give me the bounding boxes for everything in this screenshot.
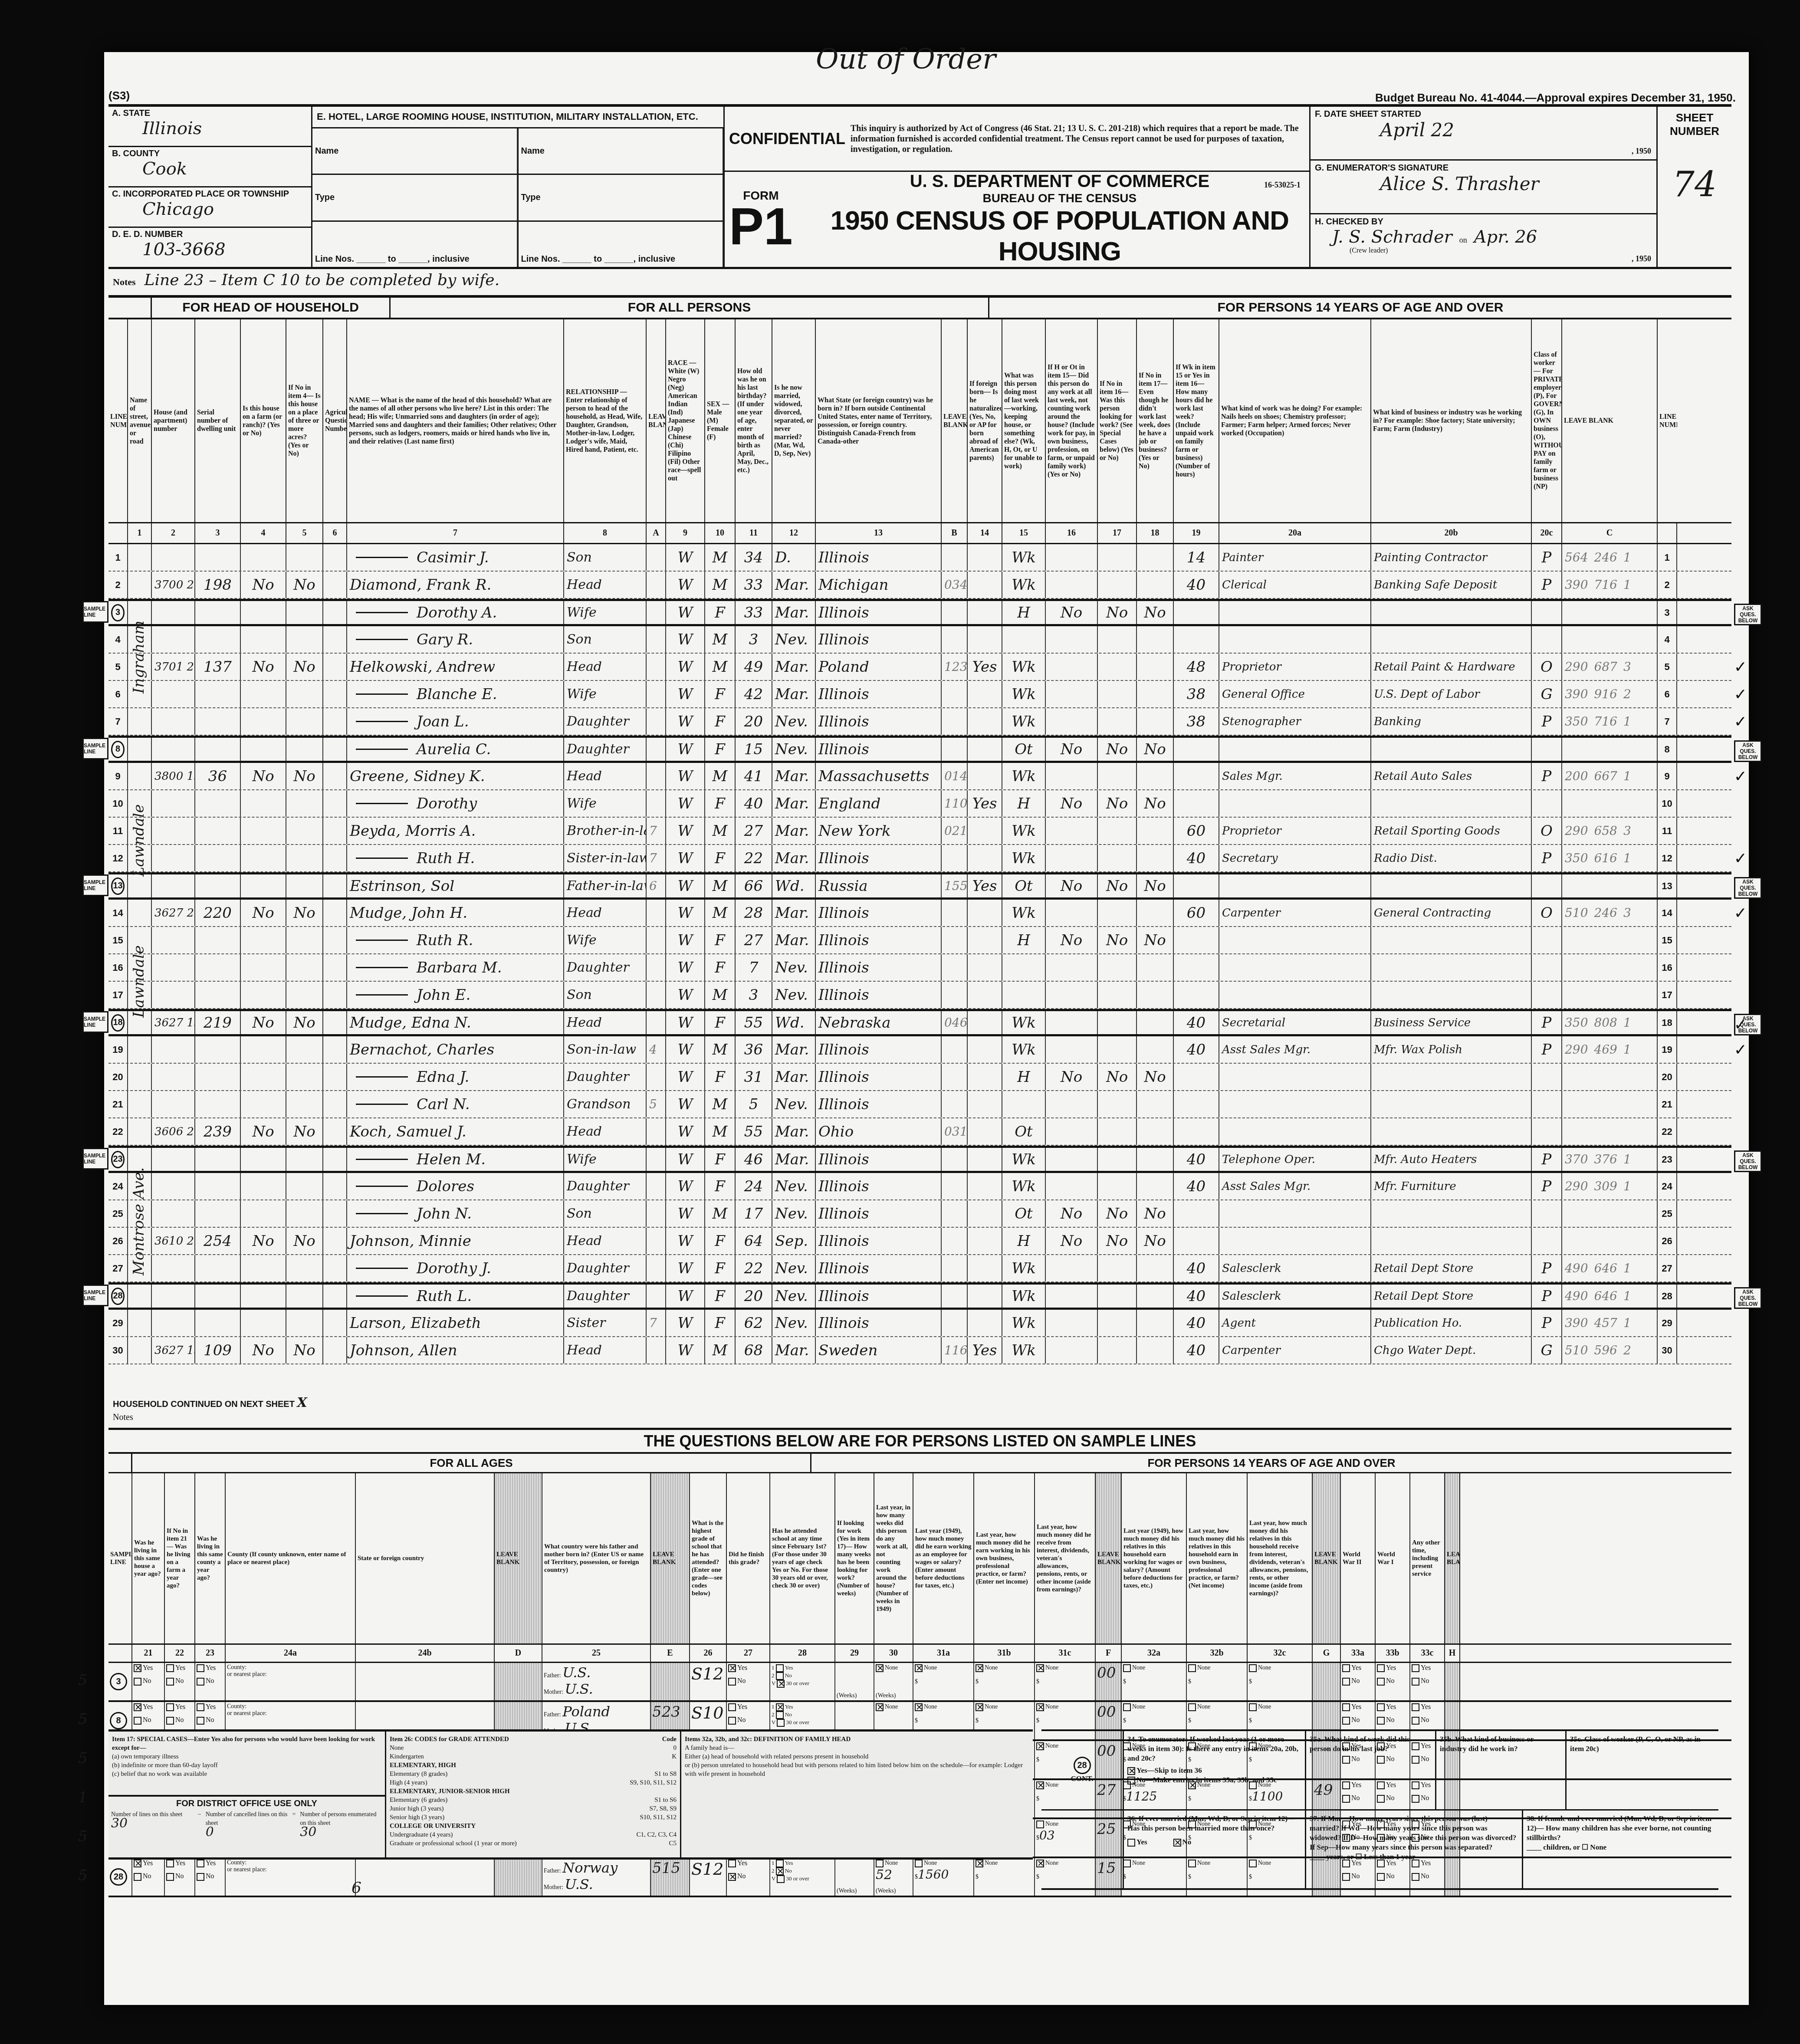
- line-number: 4: [1658, 626, 1677, 653]
- age-cell: 62: [736, 1310, 772, 1336]
- income-none-checkbox[interactable]: ✕: [976, 1703, 983, 1711]
- age-cell: 28: [736, 900, 772, 926]
- leave-b-cell: [942, 681, 968, 707]
- anywork-cell: [1046, 763, 1098, 789]
- column-number: 33a: [1341, 1645, 1376, 1662]
- person-name: Mudge, Edna N.: [347, 1011, 564, 1034]
- anywork-cell: No: [1046, 738, 1098, 761]
- leave-blank-c: [1562, 738, 1658, 761]
- q23-yes-checkbox[interactable]: [197, 1860, 204, 1867]
- house-cell: [152, 927, 195, 953]
- confidential-label: CONFIDENTIAL: [729, 130, 845, 148]
- house-cell: [152, 626, 195, 653]
- q21-yes-checkbox[interactable]: ✕: [134, 1860, 141, 1867]
- hasjob-cell: No: [1137, 1228, 1174, 1254]
- attended-no-checkbox[interactable]: [776, 1711, 784, 1719]
- attended-no-checkbox[interactable]: ✕: [776, 1867, 784, 1875]
- house-cell: [152, 1200, 195, 1227]
- q23-no-checkbox[interactable]: [197, 1717, 204, 1725]
- attended-yes-checkbox[interactable]: [776, 1664, 784, 1672]
- industry-cell: Retail Dept Store: [1371, 1255, 1532, 1282]
- same-surname-dash: [356, 940, 408, 941]
- same-surname-dash: [356, 1104, 408, 1105]
- cell-q28: 1 Yes2 ✕NoV 30 or over: [770, 1858, 835, 1896]
- q23-no-checkbox[interactable]: [197, 1873, 204, 1881]
- serial-cell: [195, 818, 241, 844]
- acres-cell: [286, 1255, 323, 1282]
- line-number: 24: [1658, 1173, 1677, 1199]
- q33c-no-checkbox[interactable]: [1412, 1717, 1419, 1725]
- sample-line-number: 3: [111, 604, 125, 621]
- race-cell: W: [666, 572, 705, 598]
- line-number: 26: [108, 1228, 128, 1254]
- marital-cell: Mar.: [772, 790, 816, 817]
- industry-cell: Chgo Water Dept.: [1371, 1337, 1532, 1364]
- attended-30-or-over-checkbox[interactable]: ✕: [777, 1680, 785, 1688]
- column-number: 11: [736, 523, 772, 543]
- cell-q32c: None$: [1248, 1663, 1313, 1700]
- industry-cell: Mfr. Wax Polish: [1371, 1036, 1532, 1063]
- sample-line-tag: SAMPLE LINE: [82, 1011, 108, 1033]
- leave-a-cell: [647, 1337, 666, 1364]
- q36-no-checkbox[interactable]: ✕: [1173, 1839, 1181, 1847]
- farm-cell: [241, 1310, 286, 1336]
- line-number: 25: [108, 1200, 128, 1227]
- acres-cell: No: [286, 654, 323, 680]
- sample-line-number: 13: [111, 877, 125, 895]
- leave-a-cell: [647, 927, 666, 953]
- family-head-definition: Items 32a, 32b, and 32c: DEFINITION OF F…: [681, 1732, 1033, 1857]
- industry-cell: Retail Sporting Goods: [1371, 818, 1532, 844]
- q33c-no-checkbox[interactable]: [1412, 1678, 1419, 1686]
- leave-b-cell: [942, 1200, 968, 1227]
- hours-cell: 14: [1174, 544, 1219, 571]
- acres-cell: [286, 1036, 323, 1063]
- q33b-no-checkbox[interactable]: [1377, 1678, 1385, 1686]
- anywork-cell: [1046, 1148, 1098, 1171]
- hours-cell: 38: [1174, 708, 1219, 735]
- income-none-checkbox[interactable]: ✕: [976, 1664, 983, 1672]
- income-none-checkbox[interactable]: [1188, 1703, 1196, 1711]
- occupation-cell: [1219, 1064, 1371, 1090]
- income-none-checkbox[interactable]: ✕: [1036, 1703, 1044, 1711]
- line-number: 17: [1658, 982, 1677, 1008]
- occupation-cell: Telephone Oper.: [1219, 1148, 1371, 1171]
- looking-cell: [1098, 982, 1137, 1008]
- hasjob-cell: [1137, 544, 1174, 571]
- line-number: 7: [1658, 708, 1677, 735]
- person-name: Johnson, Allen: [347, 1337, 564, 1364]
- leave-blank-c: [1562, 1064, 1658, 1090]
- birthplace-cell: England: [816, 790, 942, 817]
- age-cell: 22: [736, 845, 772, 871]
- checked-by-field: h. CHECKED BY J. S. Schrader on Apr. 26 …: [1311, 214, 1656, 267]
- sample-banner: THE QUESTIONS BELOW ARE FOR PERSONS LIST…: [108, 1430, 1731, 1454]
- q33c-yes-checkbox[interactable]: [1412, 1664, 1419, 1672]
- income-none-checkbox[interactable]: ✕: [915, 1703, 923, 1711]
- hasjob-cell: [1137, 708, 1174, 735]
- class-cell: [1532, 790, 1562, 817]
- header-leaveG: LEAVE BLANK: [1313, 1473, 1341, 1643]
- same-surname-dash: [356, 803, 408, 804]
- agri-cell: [323, 763, 347, 789]
- line-number: 1: [108, 544, 128, 571]
- column-number: 13: [816, 523, 942, 543]
- q34-yes-checkbox[interactable]: ✕: [1127, 1767, 1135, 1775]
- leave-a-cell: [647, 1148, 666, 1171]
- checked-by-value: J. S. Schrader: [1332, 227, 1452, 247]
- margin-mark: 5: [78, 1867, 88, 1884]
- leave-blank-c: [1562, 874, 1658, 897]
- q22-yes-checkbox[interactable]: [166, 1703, 174, 1711]
- nat-cell: [968, 708, 1002, 735]
- column-number: 30: [874, 1645, 913, 1662]
- attended-30-or-over-checkbox[interactable]: [777, 1719, 785, 1727]
- header-notes-value: Line 23 – Item C 10 to be completed by w…: [145, 271, 500, 289]
- q21-yes-checkbox[interactable]: ✕: [134, 1703, 141, 1711]
- hours-cell: [1174, 1200, 1219, 1227]
- activity-cell: H: [1002, 1228, 1046, 1254]
- nat-cell: Yes: [968, 654, 1002, 680]
- age-cell: 15: [736, 738, 772, 761]
- hasjob-cell: [1137, 1255, 1174, 1282]
- department: U. S. DEPARTMENT OF COMMERCE: [815, 172, 1305, 191]
- leave-a-cell: 7: [647, 818, 666, 844]
- agri-cell: [323, 845, 347, 871]
- q22-no-checkbox[interactable]: [166, 1873, 174, 1881]
- check-mark-icon: ✓: [1734, 658, 1747, 676]
- nat-cell: Yes: [968, 790, 1002, 817]
- sheet-number: 74: [1662, 164, 1727, 204]
- nat-cell: [968, 1200, 1002, 1227]
- sample-line-tag: SAMPLE LINE: [82, 601, 108, 623]
- rel-cell: Sister-in-law: [564, 845, 647, 871]
- same-surname-dash: [356, 721, 408, 722]
- age-cell: 22: [736, 1255, 772, 1282]
- sex-cell: F: [705, 845, 736, 871]
- finish-yes-checkbox[interactable]: [728, 1860, 736, 1867]
- sex-cell: M: [705, 1337, 736, 1364]
- age-cell: 24: [736, 1173, 772, 1199]
- farm-cell: No: [241, 1011, 286, 1034]
- anywork-cell: [1046, 654, 1098, 680]
- header-q27: Did he finish this grade?: [727, 1473, 770, 1643]
- looking-cell: [1098, 1310, 1137, 1336]
- header-q24a: County (If county unknown, enter name of…: [226, 1473, 356, 1643]
- table-row: 3Dorothy A.WifeWF33Mar.IllinoisHNoNoNo3S…: [108, 599, 1731, 626]
- q33b-yes-checkbox[interactable]: [1377, 1664, 1385, 1672]
- birthplace-cell: Sweden: [816, 1337, 942, 1364]
- leave-a-cell: [647, 763, 666, 789]
- check-mark-icon: ✓: [1734, 1015, 1747, 1034]
- finish-yes-checkbox[interactable]: [728, 1703, 736, 1711]
- column-number: 31b: [974, 1645, 1035, 1662]
- income-none-checkbox[interactable]: [1123, 1703, 1131, 1711]
- occupation-cell: Agent: [1219, 1310, 1371, 1336]
- sex-cell: F: [705, 1228, 736, 1254]
- sample-row: 3✕YesNoYesNoYesNoCounty:or nearest place…: [108, 1663, 1731, 1702]
- leave-b-cell: 014: [942, 763, 968, 789]
- leave-b-cell: 021: [942, 818, 968, 844]
- income-none-checkbox[interactable]: ✕: [1036, 1664, 1044, 1672]
- class-cell: [1532, 1118, 1562, 1145]
- person-name: Helen M.: [347, 1148, 564, 1171]
- finish-yes-checkbox[interactable]: ✕: [728, 1664, 736, 1672]
- farm-cell: [241, 601, 286, 624]
- race-cell: W: [666, 1173, 705, 1199]
- form-title-block: CONFIDENTIAL This inquiry is authorized …: [725, 107, 1311, 267]
- q33a-no-checkbox[interactable]: [1342, 1678, 1350, 1686]
- person-name: Casimir J.: [347, 544, 564, 571]
- serial-cell: [195, 1255, 241, 1282]
- attended-30-or-over-checkbox[interactable]: [777, 1875, 785, 1883]
- cell-q31b: ✕None$: [974, 1663, 1035, 1700]
- table-row: 16Barbara M.DaughterWF7Nev.Illinois16: [108, 954, 1731, 982]
- line-number: 28: [1658, 1285, 1677, 1308]
- marital-cell: Mar.: [772, 1118, 816, 1145]
- birthplace-cell: Illinois: [816, 1091, 942, 1117]
- rel-cell: Daughter: [564, 708, 647, 735]
- weeks-none-checkbox[interactable]: ✕: [876, 1703, 884, 1711]
- income-none-checkbox[interactable]: ✕: [976, 1860, 983, 1867]
- cell-q24a: County:or nearest place:: [226, 1663, 356, 1700]
- column-number: G: [1313, 1645, 1341, 1662]
- header-q32c: Last year, how much money did his relati…: [1248, 1473, 1313, 1643]
- leave-a-cell: [647, 954, 666, 981]
- location-fields: a. STATEIllinois b. COUNTYCook c. INCORP…: [108, 107, 312, 267]
- cell-q25: Father: NorwayMother: U.S.: [542, 1858, 651, 1896]
- line-number: 18: [1658, 1011, 1677, 1034]
- q34-no-checkbox[interactable]: [1127, 1777, 1135, 1784]
- looking-cell: No: [1098, 601, 1137, 624]
- age-cell: 20: [736, 708, 772, 735]
- income-none-checkbox[interactable]: [1123, 1664, 1131, 1672]
- q22-no-checkbox[interactable]: [166, 1717, 174, 1725]
- weeks-none-checkbox[interactable]: [876, 1860, 884, 1867]
- class-cell: [1532, 1064, 1562, 1090]
- income-none-checkbox[interactable]: [915, 1860, 923, 1867]
- house-cell: 3627 1st Rear: [152, 1337, 195, 1364]
- nat-cell: Yes: [968, 874, 1002, 897]
- farm-cell: [241, 681, 286, 707]
- q23-yes-checkbox[interactable]: [197, 1703, 204, 1711]
- sample-line-number: 28: [111, 1288, 125, 1305]
- occupation-cell: Sales Mgr.: [1219, 763, 1371, 789]
- q36-yes-checkbox[interactable]: [1127, 1839, 1135, 1847]
- class-cell: [1532, 601, 1562, 624]
- occupation-cell: [1219, 1228, 1371, 1254]
- serial-cell: [195, 626, 241, 653]
- marital-cell: Nev.: [772, 954, 816, 981]
- q21-yes-checkbox[interactable]: ✕: [134, 1664, 141, 1672]
- hours-cell: 40: [1174, 1285, 1219, 1308]
- leave-b-cell: [942, 1285, 968, 1308]
- leave-a-cell: 6: [647, 874, 666, 897]
- occupation-cell: [1219, 954, 1371, 981]
- bottom-mark: 6: [351, 1879, 361, 1897]
- house-cell: [152, 982, 195, 1008]
- farm-cell: [241, 544, 286, 571]
- rel-cell: Head: [564, 654, 647, 680]
- income-none-checkbox[interactable]: ✕: [915, 1664, 923, 1672]
- leave-blank-c: [1562, 1091, 1658, 1117]
- hours-cell: 40: [1174, 1148, 1219, 1171]
- q33b-no-checkbox[interactable]: [1377, 1717, 1385, 1725]
- q21-no-checkbox[interactable]: [134, 1873, 141, 1881]
- cell-q31a: ✕None$: [913, 1663, 974, 1700]
- q21-no-checkbox[interactable]: [134, 1717, 141, 1725]
- q22-yes-checkbox[interactable]: [166, 1664, 174, 1672]
- serial-cell: [195, 544, 241, 571]
- acres-cell: [286, 1285, 323, 1308]
- hasjob-cell: [1137, 982, 1174, 1008]
- line-number: 5: [1658, 654, 1677, 680]
- income-none-checkbox[interactable]: [1249, 1703, 1257, 1711]
- serial-cell: [195, 1200, 241, 1227]
- acres-cell: [286, 708, 323, 735]
- activity-cell: Wk: [1002, 544, 1046, 571]
- serial-cell: [195, 1173, 241, 1199]
- cell-q23: YesNo: [195, 1858, 226, 1896]
- cell-leaveH: [1445, 1663, 1460, 1700]
- house-cell: [152, 1091, 195, 1117]
- rel-cell: Head: [564, 572, 647, 598]
- county-value: Cook: [142, 159, 308, 179]
- rel-cell: Grandson: [564, 1091, 647, 1117]
- leave-blank-c: [1562, 1200, 1658, 1227]
- anywork-cell: [1046, 1310, 1098, 1336]
- q23-no-checkbox[interactable]: [197, 1678, 204, 1686]
- person-name: Diamond, Frank R.: [347, 572, 564, 598]
- birthplace-cell: Ohio: [816, 1118, 942, 1145]
- street-name: Lawndale: [130, 915, 148, 1048]
- industry-cell: Banking: [1371, 708, 1532, 735]
- leave-b-cell: [942, 738, 968, 761]
- line-number: 23: [1658, 1148, 1677, 1171]
- q23-yes-checkbox[interactable]: [197, 1664, 204, 1672]
- serial-cell: [195, 927, 241, 953]
- class-cell: P: [1532, 1148, 1562, 1171]
- enumerator-fields: f. DATE SHEET STARTEDApril 22, 1950 g. E…: [1311, 107, 1658, 267]
- line-number: 7: [108, 708, 128, 735]
- column-number: 31c: [1035, 1645, 1096, 1662]
- column-number: 17: [1098, 523, 1137, 543]
- column-number: 20b: [1371, 523, 1532, 543]
- activity-cell: Wk: [1002, 1337, 1046, 1364]
- group-all-persons: FOR ALL PERSONS: [391, 298, 989, 318]
- agri-cell: [323, 874, 347, 897]
- leave-b-cell: 031: [942, 1118, 968, 1145]
- q21-no-checkbox[interactable]: [134, 1678, 141, 1686]
- hours-cell: [1174, 954, 1219, 981]
- looking-cell: No: [1098, 1200, 1137, 1227]
- line-number: 29: [108, 1310, 128, 1336]
- house-cell: [152, 845, 195, 871]
- looking-cell: No: [1098, 1064, 1137, 1090]
- line-number: 25: [1658, 1200, 1677, 1227]
- sex-cell: M: [705, 982, 736, 1008]
- finish-no-checkbox[interactable]: ✕: [728, 1873, 736, 1881]
- leave-blank-c: [1562, 954, 1658, 981]
- table-row: 27Dorothy J.DaughterWF22Nev.IllinoisWk40…: [108, 1255, 1731, 1282]
- leave-a-cell: [647, 790, 666, 817]
- acres-cell: [286, 544, 323, 571]
- line-number: 22: [1658, 1118, 1677, 1145]
- leave-b-cell: [942, 1091, 968, 1117]
- hours-cell: [1174, 1091, 1219, 1117]
- leave-b-cell: [942, 1064, 968, 1090]
- finish-no-checkbox[interactable]: [728, 1717, 736, 1725]
- birthplace-cell: Massachusetts: [816, 763, 942, 789]
- table-row: 17John E.SonWM3Nev.Illinois17: [108, 982, 1731, 1009]
- ed-number-field: d. E. D. NUMBER103-3668: [108, 228, 311, 267]
- class-cell: P: [1532, 1173, 1562, 1199]
- age-cell: 5: [736, 1091, 772, 1117]
- agri-cell: [323, 818, 347, 844]
- header-q26: What is the highest grade of school that…: [690, 1473, 727, 1643]
- birthplace-cell: Illinois: [816, 708, 942, 735]
- q33a-yes-checkbox[interactable]: [1342, 1703, 1350, 1711]
- looking-cell: [1098, 900, 1137, 926]
- q22-yes-checkbox[interactable]: [166, 1860, 174, 1867]
- weeks-none-checkbox[interactable]: ✕: [876, 1664, 884, 1672]
- income-none-checkbox[interactable]: [1249, 1664, 1257, 1672]
- table-row: 24DoloresDaughterWF24Nev.IllinoisWk40Ass…: [108, 1173, 1731, 1200]
- q33b-yes-checkbox[interactable]: [1377, 1703, 1385, 1711]
- q33c-yes-checkbox[interactable]: [1412, 1703, 1419, 1711]
- hours-cell: 40: [1174, 572, 1219, 598]
- occupation-cell: Painter: [1219, 544, 1371, 571]
- nat-cell: [968, 1228, 1002, 1254]
- person-name: Barbara M.: [347, 954, 564, 981]
- leave-b-cell: 123: [942, 654, 968, 680]
- finish-no-checkbox[interactable]: [728, 1678, 736, 1686]
- marital-cell: Wd.: [772, 1011, 816, 1034]
- class-cell: P: [1532, 1036, 1562, 1063]
- column-number: 8: [564, 523, 647, 543]
- industry-cell: General Contracting: [1371, 900, 1532, 926]
- activity-cell: Ot: [1002, 874, 1046, 897]
- nat-cell: [968, 927, 1002, 953]
- looking-cell: [1098, 626, 1137, 653]
- q33a-no-checkbox[interactable]: [1342, 1717, 1350, 1725]
- hours-cell: [1174, 1118, 1219, 1145]
- margin-mark: 1: [78, 1789, 88, 1806]
- hours-cell: [1174, 738, 1219, 761]
- industry-cell: [1371, 874, 1532, 897]
- margin-mark: 5: [78, 1750, 88, 1767]
- sheet-header: a. STATEIllinois b. COUNTYCook c. INCORP…: [108, 104, 1731, 269]
- attended-yes-checkbox[interactable]: ✕: [776, 1703, 784, 1711]
- serial-cell: 109: [195, 1337, 241, 1364]
- nat-cell: [968, 1310, 1002, 1336]
- header-leaveE: LEAVE BLANK: [651, 1473, 690, 1643]
- house-cell: [152, 708, 195, 735]
- nat-cell: [968, 900, 1002, 926]
- q33a-yes-checkbox[interactable]: [1342, 1664, 1350, 1672]
- rel-cell: Daughter: [564, 954, 647, 981]
- leave-a-cell: [647, 1228, 666, 1254]
- leave-blank-c: 3907161: [1562, 572, 1658, 598]
- rel-cell: Head: [564, 1228, 647, 1254]
- q22-no-checkbox[interactable]: [166, 1678, 174, 1686]
- occupation-cell: Clerical: [1219, 572, 1371, 598]
- income-none-checkbox[interactable]: [1188, 1664, 1196, 1672]
- column-number: 1: [128, 523, 152, 543]
- hasjob-cell: No: [1137, 1064, 1174, 1090]
- lines-count: 30: [111, 1819, 194, 1828]
- grade-code-item: ELEMENTARY, HIGH: [390, 1761, 677, 1770]
